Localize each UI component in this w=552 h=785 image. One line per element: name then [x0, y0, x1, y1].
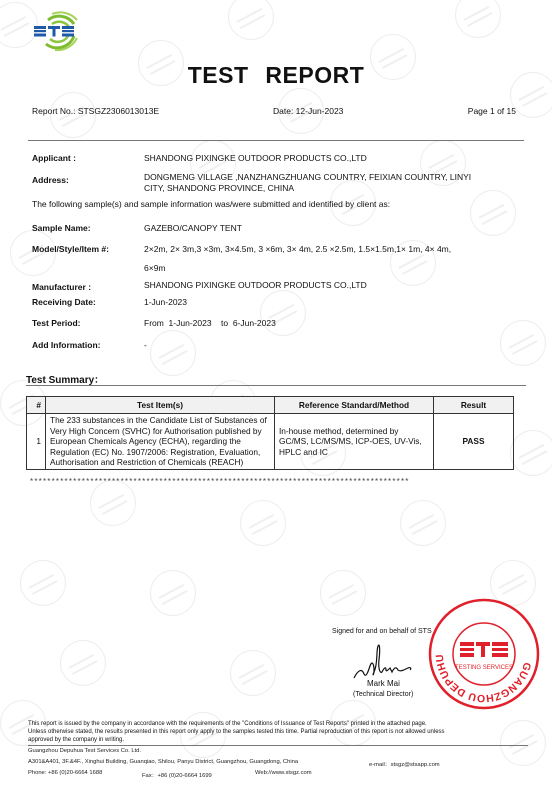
footer-divider [28, 745, 528, 746]
model-line-2: 6×9m [144, 263, 166, 273]
row-number: 1 [27, 414, 46, 470]
footer-contact-row: Phone: +86 (0)20-6664 1688 Fax：+86 (0)20… [28, 770, 528, 776]
company-seal: GUANGZHOU DEPUHUA TEST SERVICES CO., LTD… [428, 598, 540, 710]
col-test-items: Test Item(s) [46, 397, 275, 414]
disclaimer: This report is issued by the company in … [28, 720, 528, 744]
receiving-date-value: 1-Jun-2023 [144, 297, 522, 308]
address-label: Address: [32, 175, 69, 185]
applicant-value: SHANDONG PIXINGKE OUTDOOR PRODUCTS CO.,L… [144, 153, 522, 164]
disclaimer-line-2: Unless otherwise stated, the results pre… [28, 728, 528, 736]
row-method: In-house method, determined by GC/MS, LC… [275, 414, 434, 470]
intro-text: The following sample(s) and sample infor… [32, 199, 390, 209]
col-result: Result [434, 397, 514, 414]
summary-divider [26, 385, 526, 386]
test-period-value: From 1-Jun-2023 to 6-Jun-2023 [144, 318, 522, 329]
table-row: 1 The 233 substances in the Candidate Li… [27, 414, 514, 470]
end-of-summary-marker: ****************************************… [30, 477, 520, 486]
document-title: TEST REPORT [0, 62, 552, 89]
footer-phone: Phone: +86 (0)20-6664 1688 [28, 770, 102, 776]
sample-name-label: Sample Name: [32, 223, 91, 233]
signer-name: Mark Mai [367, 679, 400, 688]
seal-center-text: TESTING SERVICES [455, 665, 513, 671]
footer-fax: Fax：+86 (0)20-6664 1699 [142, 770, 212, 779]
add-information-value: - [144, 340, 522, 351]
address-line-2: CITY, SHANDONG PROVINCE, CHINA [144, 183, 294, 193]
manufacturer-label: Manufacturer : [32, 282, 91, 292]
footer-email[interactable]: e-mail：stsgz@stsapp.com [369, 759, 440, 768]
col-reference-method: Reference Standard/Method [275, 397, 434, 414]
signer-title: (Technical Director) [353, 691, 413, 698]
applicant-label: Applicant : [32, 153, 76, 163]
test-period-label: Test Period: [32, 318, 81, 328]
model-value: 2×2m, 2× 3m,3 ×3m, 3×4.5m, 3 ×6m, 3× 4m,… [144, 240, 522, 278]
footer-address-row: A301&A401, 3F.&4F., Xinghui Building, Gu… [28, 759, 528, 765]
model-line-1: 2×2m, 2× 3m,3 ×3m, 3×4.5m, 3 ×6m, 3× 4m,… [144, 244, 451, 254]
test-summary-title: Test Summary： [26, 371, 104, 386]
signed-for-text: Signed for and on behalf of STS [332, 628, 432, 635]
footer-web[interactable]: Web://www.stsgz.com [255, 770, 312, 776]
add-information-label: Add Information: [32, 340, 100, 350]
col-number: # [27, 397, 46, 414]
signature-image [352, 642, 414, 682]
row-test-item: The 233 substances in the Candidate List… [46, 414, 275, 470]
manufacturer-value: SHANDONG PIXINGKE OUTDOOR PRODUCTS CO.,L… [144, 280, 522, 291]
address-value: DONGMENG VILLAGE ,NANZHANGZHUANG COUNTRY… [144, 172, 522, 194]
address-line-1: DONGMENG VILLAGE ,NANZHANGZHUANG COUNTRY… [144, 172, 471, 182]
sample-name-value: GAZEBO/CANOPY TENT [144, 223, 522, 234]
test-summary-table: # Test Item(s) Reference Standard/Method… [26, 396, 514, 470]
report-date: Date: 12-Jun-2023 [273, 106, 343, 116]
disclaimer-line-1: This report is issued by the company in … [28, 720, 528, 728]
footer-address: A301&A401, 3F.&4F., Xinghui Building, Gu… [28, 759, 298, 765]
receiving-date-label: Receiving Date: [32, 297, 96, 307]
footer-company: Guangzhou Depuhua Test Services Co. Ltd. [28, 748, 528, 754]
model-label: Model/Style/Item #: [32, 244, 109, 254]
disclaimer-line-3: approved by the company in writing. [28, 736, 528, 744]
page-indicator: Page 1 of 15 [468, 106, 516, 116]
report-number: Report No.: STSGZ2306013013E [32, 106, 159, 116]
header-divider [28, 140, 524, 141]
sts-logo [28, 10, 78, 52]
row-result: PASS [434, 414, 514, 470]
table-header-row: # Test Item(s) Reference Standard/Method… [27, 397, 514, 414]
